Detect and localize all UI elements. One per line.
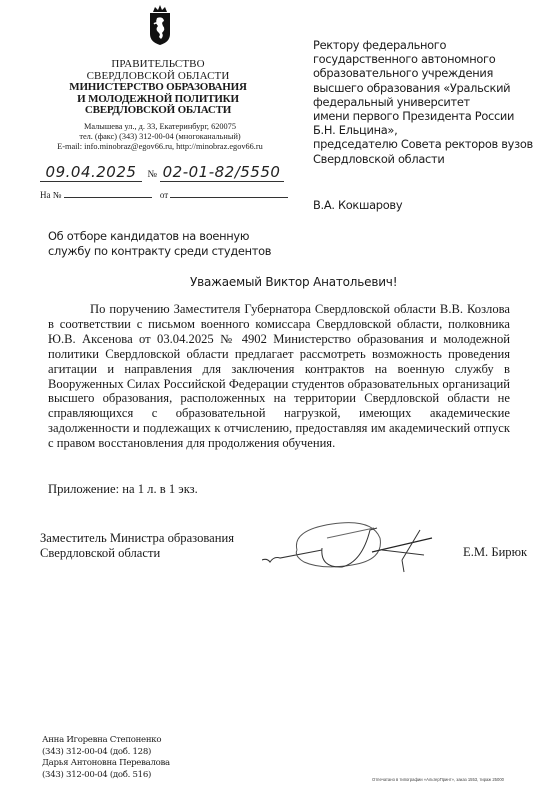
addressee-line: государственного автономного — [313, 52, 545, 66]
addressee-line: имени первого Президента России — [313, 109, 545, 123]
ministry-address: Малышева ул., д. 33, Екатеринбург, 62007… — [30, 122, 290, 132]
addressee-line: высшего образования «Уральский — [313, 81, 545, 95]
executor-phone: (343) 312-00-04 (доб. 516) — [42, 770, 170, 782]
greeting: Уважаемый Виктор Анатольевич! — [190, 275, 397, 289]
signer-position: Заместитель Министра образования Свердло… — [40, 531, 280, 561]
appendix-note: Приложение: на 1 л. в 1 экз. — [48, 482, 198, 497]
ministry-contacts: Малышева ул., д. 33, Екатеринбург, 62007… — [30, 122, 290, 152]
handwritten-signature-icon — [262, 510, 442, 580]
executors-block: Анна Игоревна Степоненко (343) 312-00-04… — [42, 735, 170, 781]
signer-position-line-2: Свердловской области — [40, 546, 280, 561]
executor-phone: (343) 312-00-04 (доб. 128) — [42, 747, 170, 759]
outgoing-number: 02-01-82/5550 — [160, 163, 284, 182]
ministry-title-3: СВЕРДЛОВСКОЙ ОБЛАСТИ — [38, 105, 278, 117]
addressee-line: Свердловской области — [313, 152, 545, 166]
addressee-block: Ректору федерального государственного ав… — [313, 38, 545, 166]
ref-number — [64, 187, 152, 198]
addressee-name: В.А. Кокшарову — [313, 198, 402, 212]
letter-body: По поручению Заместителя Губернатора Све… — [48, 302, 510, 451]
signer-position-line-1: Заместитель Министра образования — [40, 531, 280, 546]
letter-subject: Об отборе кандидатов на военную службу п… — [48, 229, 308, 259]
from-label: от — [160, 190, 168, 200]
ministry-phone: тел. (факс) (343) 312-00-04 (многоканаль… — [30, 132, 290, 142]
number-label: № — [148, 169, 158, 180]
print-note: Отпечатано в типографии «АльтерПринт», з… — [372, 777, 504, 782]
from-date — [170, 187, 288, 198]
letterhead: ПРАВИТЕЛЬСТВО СВЕРДЛОВСКОЙ ОБЛАСТИ МИНИС… — [38, 59, 278, 117]
addressee-line: председателю Совета ректоров вузов — [313, 137, 545, 151]
registration-block: 09.04.2025 № 02-01-82/5550 На № от — [40, 163, 288, 200]
coat-of-arms-icon — [143, 4, 177, 46]
subject-line-2: службу по контракту среди студентов — [48, 244, 308, 259]
government-title: ПРАВИТЕЛЬСТВО — [38, 59, 278, 71]
addressee-line: Б.Н. Ельцина», — [313, 123, 545, 137]
ref-label: На № — [40, 190, 61, 200]
executor-name: Дарья Антоновна Перевалова — [42, 758, 170, 770]
subject-line-1: Об отборе кандидатов на военную — [48, 229, 308, 244]
executor-name: Анна Игоревна Степоненко — [42, 735, 170, 747]
signer-name: Е.М. Бирюк — [463, 545, 527, 560]
ministry-email-web: E-mail: info.minobraz@egov66.ru, http://… — [30, 142, 290, 152]
addressee-line: образовательного учреждения — [313, 66, 545, 80]
addressee-line: Ректору федерального — [313, 38, 545, 52]
addressee-line: федеральный университет — [313, 95, 545, 109]
outgoing-date: 09.04.2025 — [40, 163, 142, 182]
